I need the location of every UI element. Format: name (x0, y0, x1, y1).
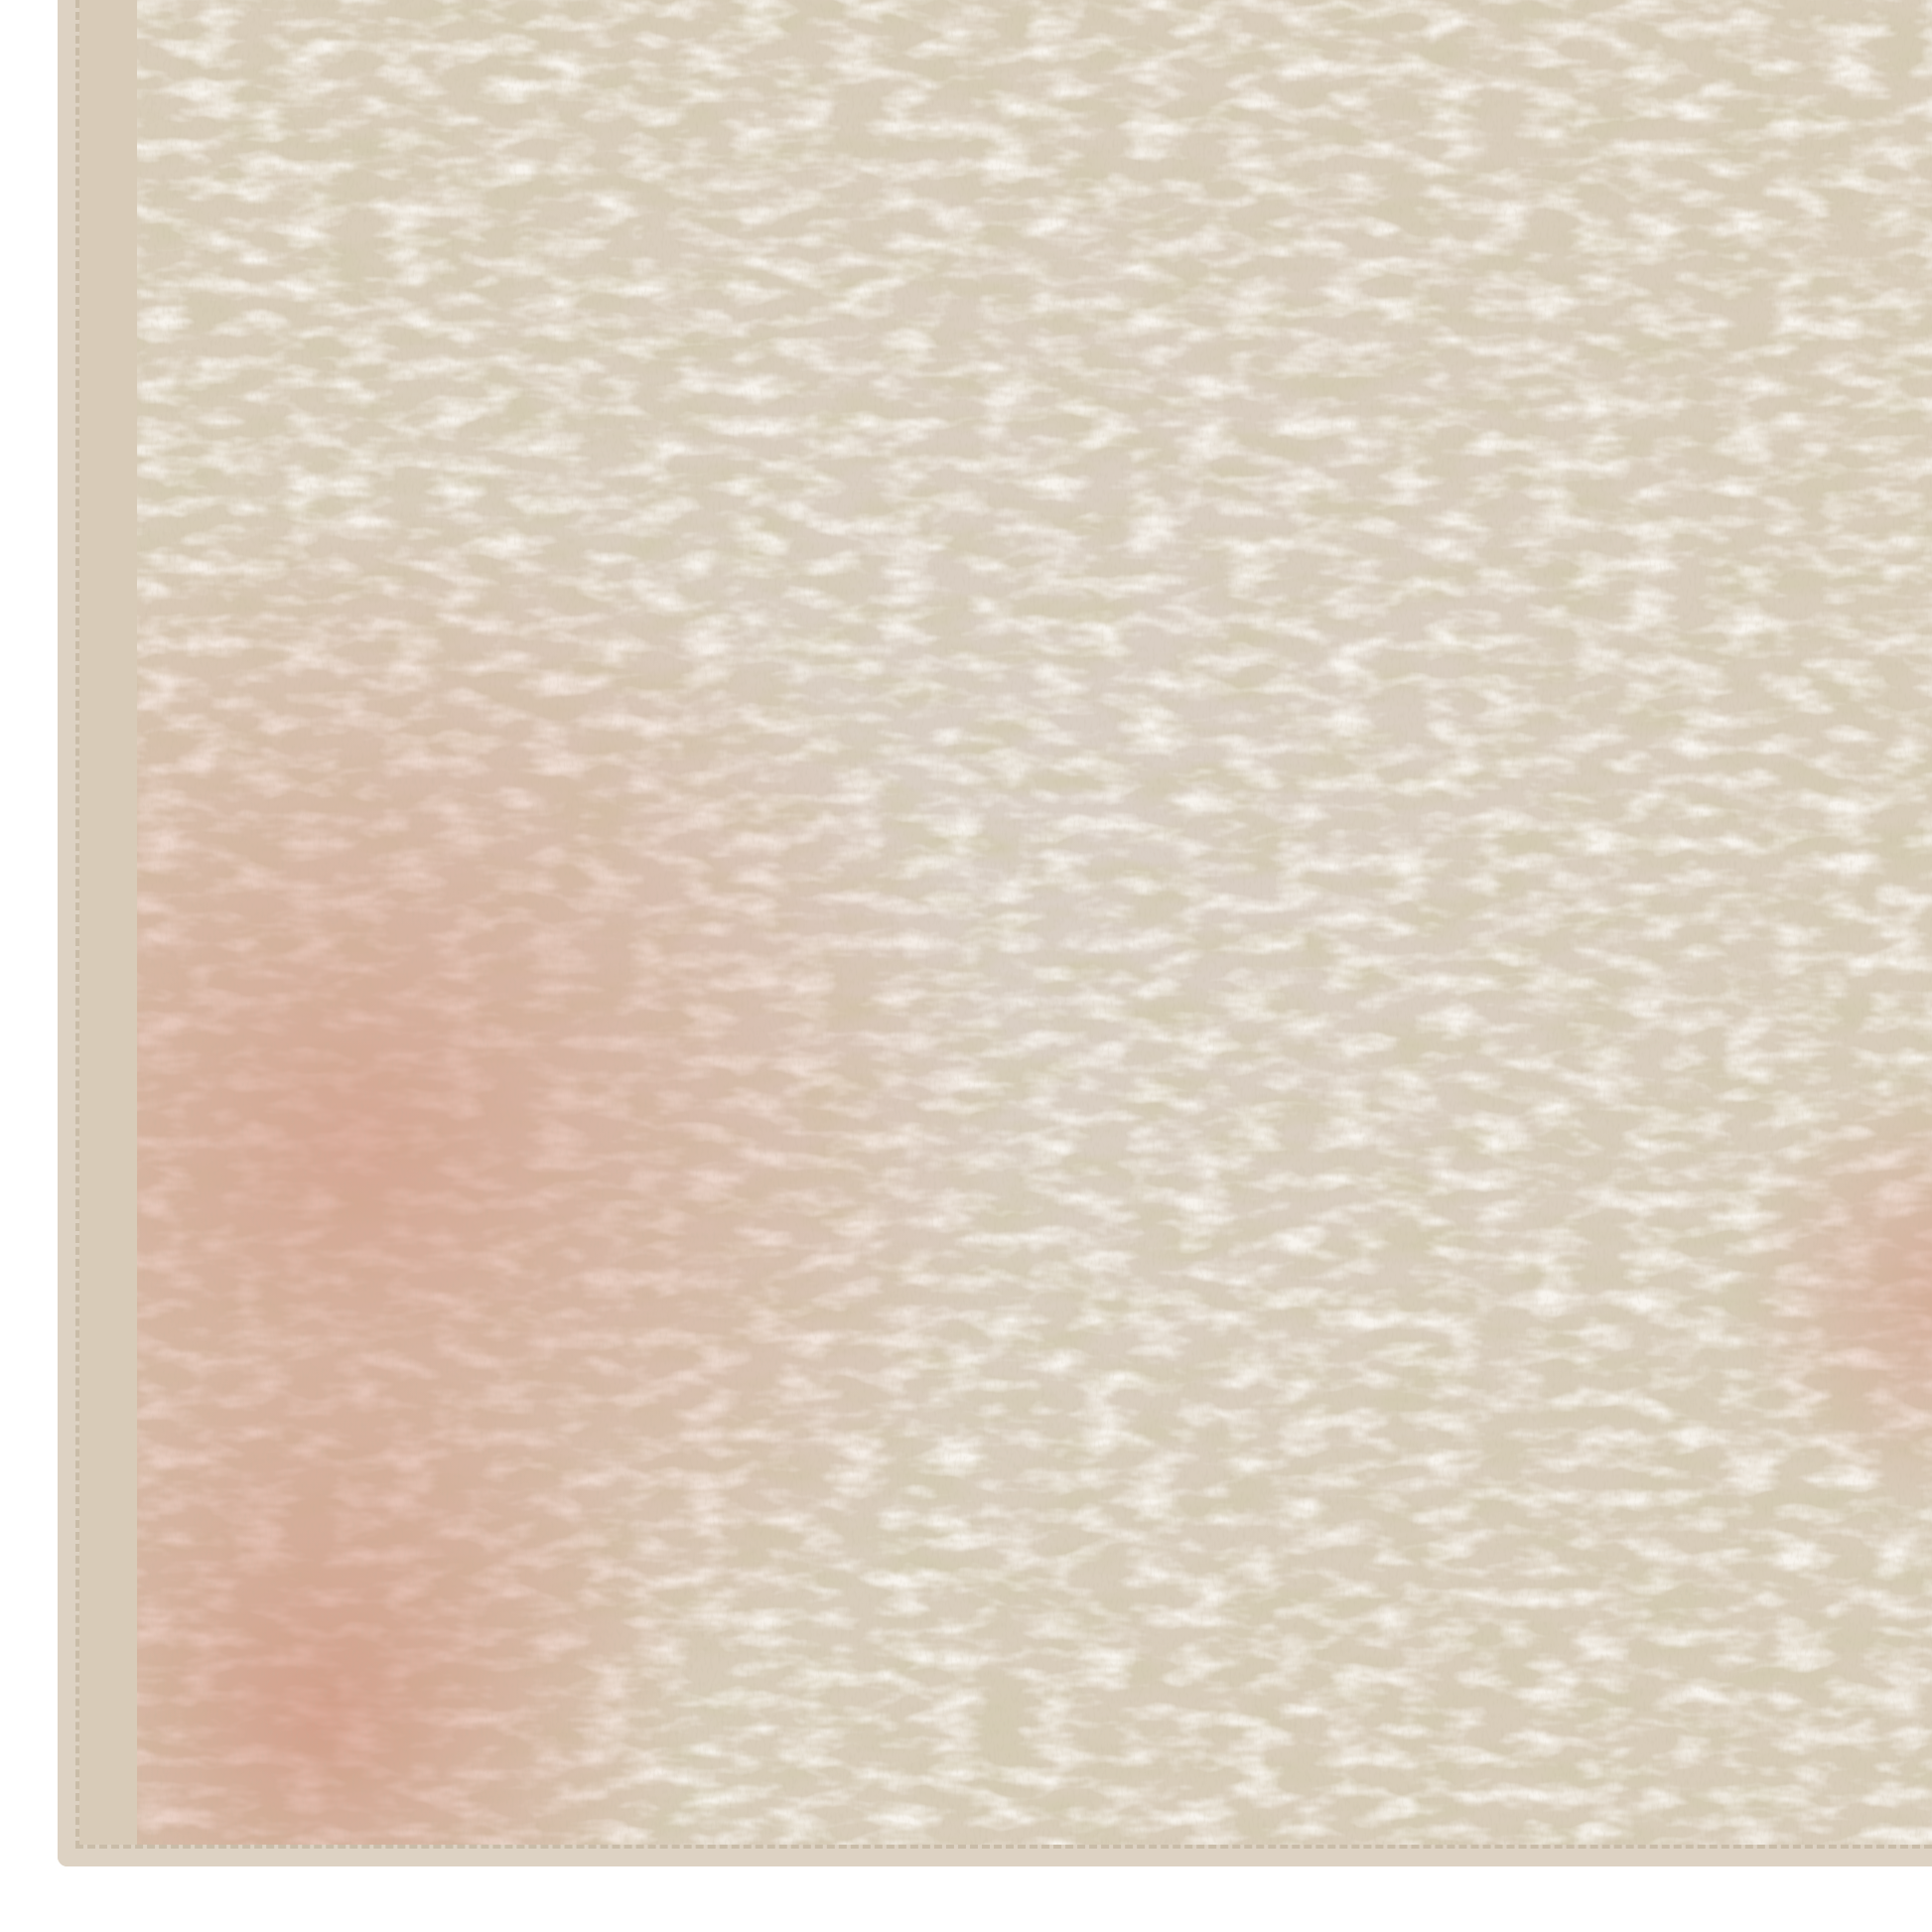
rug-pattern (137, 0, 1932, 1845)
rug (58, 0, 1932, 1866)
